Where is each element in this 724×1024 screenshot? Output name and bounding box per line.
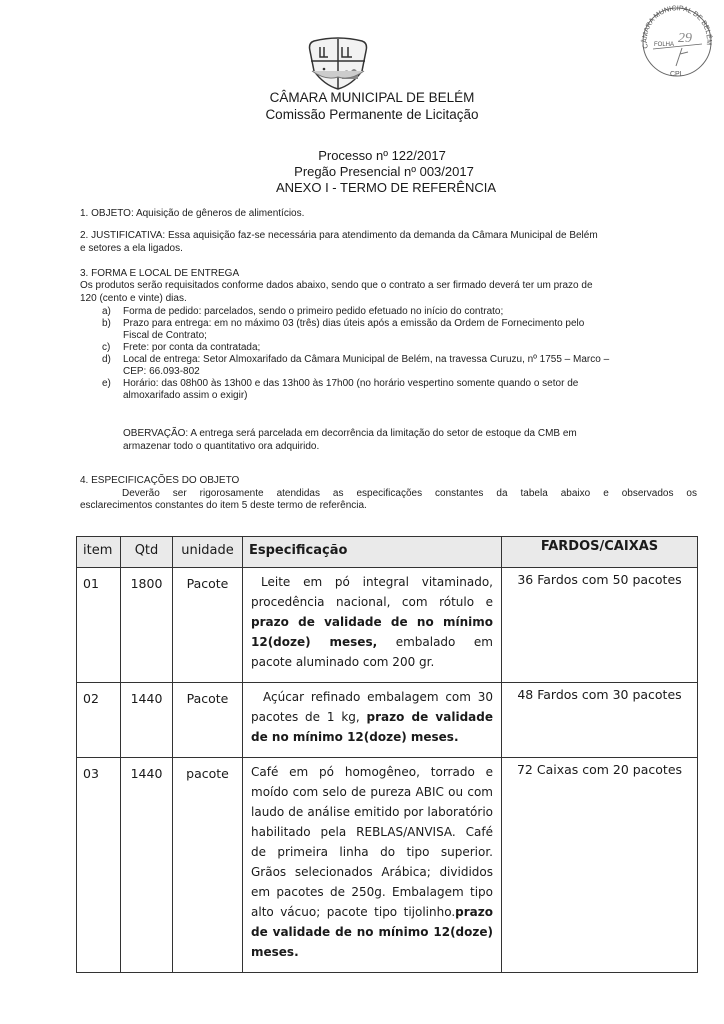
cell-fardos: 72 Caixas com 20 pacotes (502, 758, 698, 973)
svg-text:CÂMARA MUNICIPAL DE BELÉM: CÂMARA MUNICIPAL DE BELÉM (640, 5, 714, 49)
cell-unidade: pacote (173, 758, 243, 973)
cell-unidade: Pacote (173, 568, 243, 683)
cell-item: 03 (77, 758, 121, 973)
cell-qtd: 1440 (121, 758, 173, 973)
entrega-item-b: b) Prazo para entrega: em no máximo 03 (… (0, 318, 724, 342)
annex-title: ANEXO I - TERMO DE REFERÊNCIA (24, 180, 724, 195)
section-justificativa-line2: e setores a ela ligados. (80, 243, 183, 255)
folha-stamp-icon: CÂMARA MUNICIPAL DE BELÉM FOLHA 29 CPL (636, 4, 718, 80)
commission-name: Comissão Permanente de Licitação (10, 107, 724, 122)
header-qtd: Qtd (121, 537, 173, 568)
table-row: 02 1440 Pacote Açúcar refinado embalagem… (77, 683, 698, 758)
header-fardos: FARDOS/CAIXAS (502, 537, 698, 568)
stamp-folha-number: 29 (678, 31, 692, 46)
cell-especificacao: Açúcar refinado embalagem com 30 pacotes… (243, 683, 502, 758)
cell-qtd: 1800 (121, 568, 173, 683)
table-row: 03 1440 pacote Café em pó homogêneo, tor… (77, 758, 698, 973)
header-item: item (77, 537, 121, 568)
cell-unidade: Pacote (173, 683, 243, 758)
stamp-ring-text: CÂMARA MUNICIPAL DE BELÉM (640, 5, 714, 49)
section-entrega-line1: Os produtos serão requisitados conforme … (80, 280, 680, 292)
institution-name: CÂMARA MUNICIPAL DE BELÉM (10, 90, 724, 105)
cell-item: 02 (77, 683, 121, 758)
entrega-item-d: d) Local de entrega: Setor Almoxarifado … (0, 354, 724, 378)
header-especificacao: Especificação (243, 537, 502, 568)
entrega-item-e: e) Horário: das 08h00 às 13h00 e das 13h… (0, 378, 724, 402)
cell-especificacao: Café em pó homogêneo, torrado e moído co… (243, 758, 502, 973)
observation-line2: armazenar todo o quantitativo ora adquir… (123, 441, 319, 453)
section-objeto: 1. OBJETO: Aquisição de gêneros de alime… (80, 208, 304, 220)
document-page: CÂMARA MUNICIPAL DE BELÉM FOLHA 29 CPL C… (0, 0, 724, 1024)
auction-number: Pregão Presencial nº 003/2017 (22, 164, 724, 179)
section-justificativa-line1: 2. JUSTIFICATIVA: Essa aquisição faz-se … (80, 230, 680, 242)
entrega-item-c: c) Frete: por conta da contratada; (0, 342, 724, 354)
cell-fardos: 48 Fardos com 30 pacotes (502, 683, 698, 758)
cell-especificacao: Leite em pó integral vitaminado, procedê… (243, 568, 502, 683)
section-entrega-line2: 120 (cento e vinte) dias. (80, 293, 187, 305)
cell-fardos: 36 Fardos com 50 pacotes (502, 568, 698, 683)
section-especificacoes-title: 4. ESPECIFICAÇÕES DO OBJETO (80, 475, 239, 487)
stamp-bottom-label: CPL (670, 71, 684, 78)
specification-table: item Qtd unidade Especificação FARDOS/CA… (76, 536, 698, 973)
section-especificacoes-line1: Deverão ser rigorosamente atendidas as e… (122, 488, 697, 500)
header-unidade: unidade (173, 537, 243, 568)
section-especificacoes-line2: esclarecimentos constantes do item 5 des… (80, 500, 367, 512)
coat-of-arms-icon (306, 37, 370, 91)
process-number: Processo nº 122/2017 (20, 148, 724, 163)
section-entrega-title: 3. FORMA E LOCAL DE ENTREGA (80, 268, 239, 280)
table-row: 01 1800 Pacote Leite em pó integral vita… (77, 568, 698, 683)
cell-qtd: 1440 (121, 683, 173, 758)
table-header-row: item Qtd unidade Especificação FARDOS/CA… (77, 537, 698, 568)
cell-item: 01 (77, 568, 121, 683)
observation-line1: OBERVAÇÃO: A entrega será parcelada em d… (123, 428, 683, 440)
entrega-item-a: a) Forma de pedido: parcelados, sendo o … (0, 306, 724, 318)
